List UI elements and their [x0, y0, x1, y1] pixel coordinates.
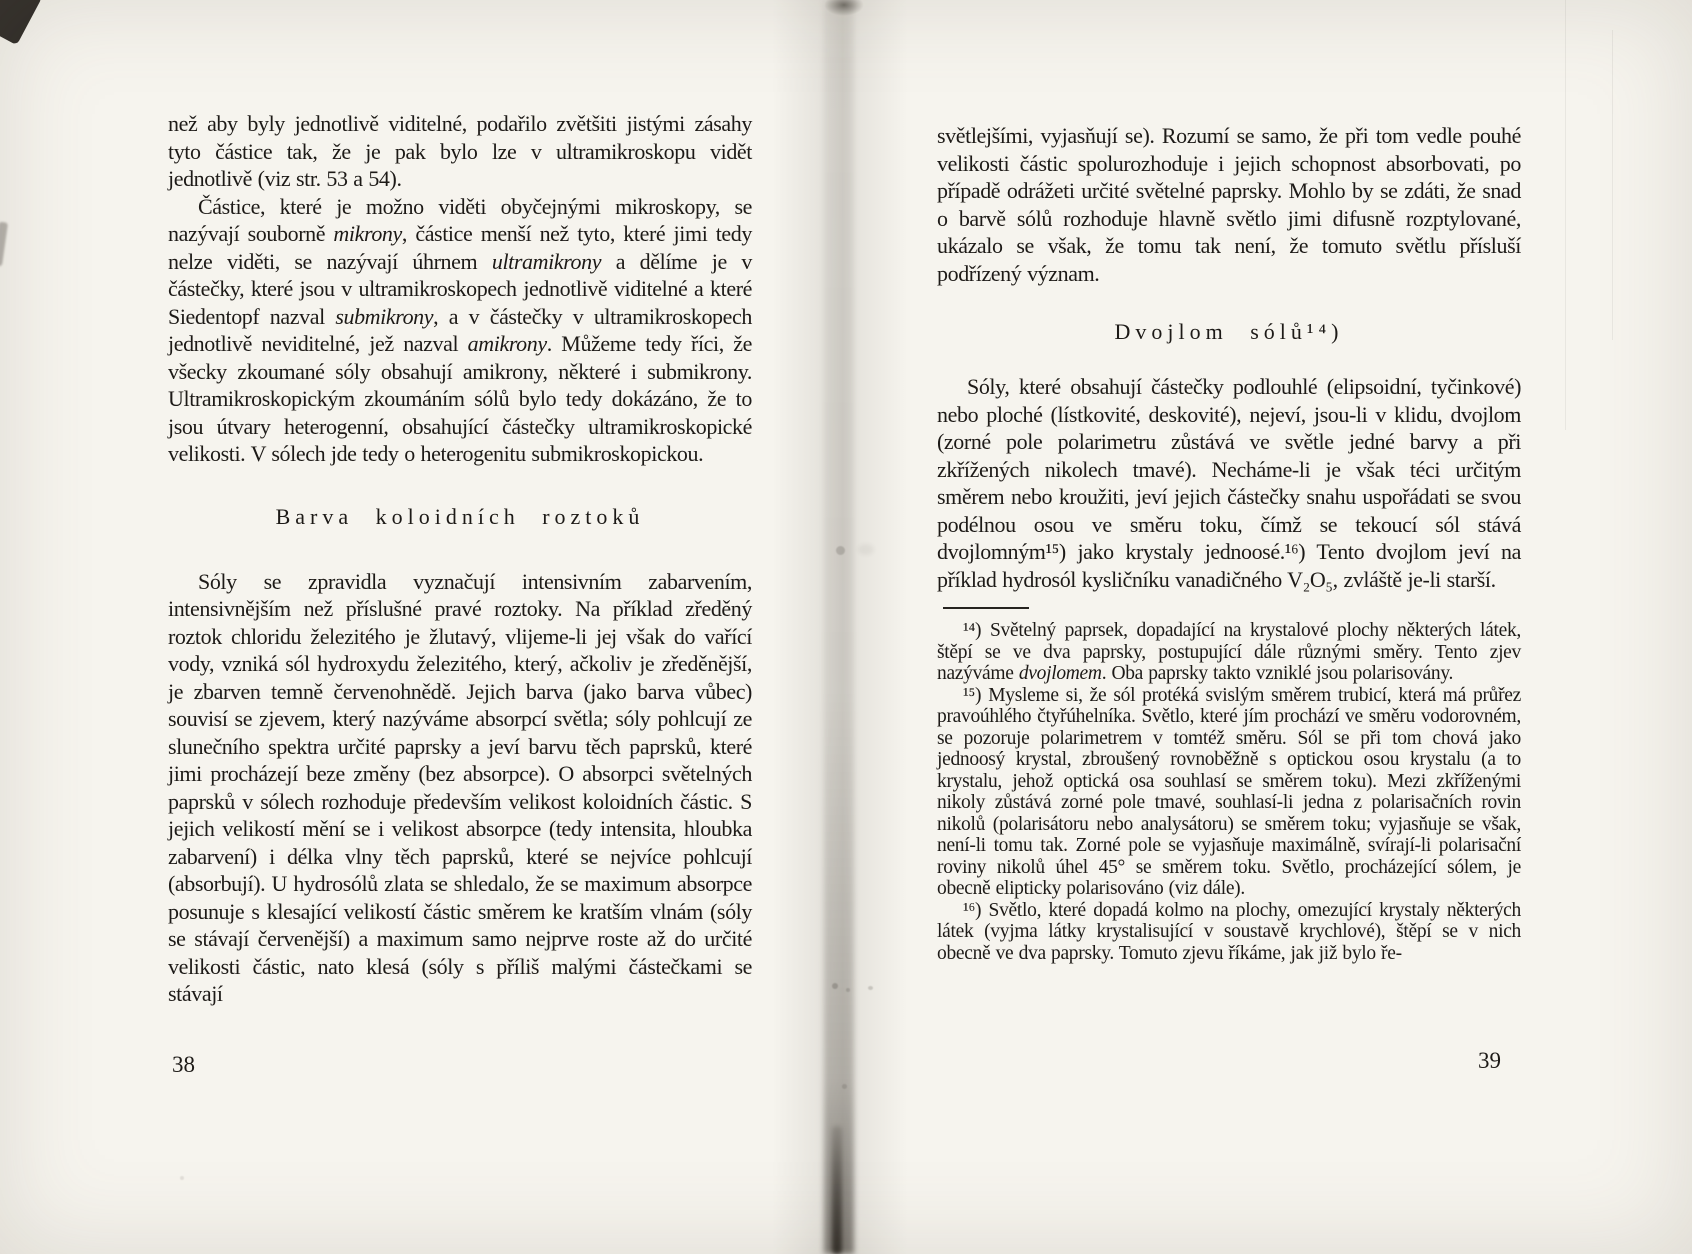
left-section-heading: Barva koloidních roztoků — [168, 504, 752, 530]
scan-mark-left-edge — [0, 222, 8, 267]
left-continuation-paragraph: než aby byly jednotlivě viditelné, podař… — [168, 110, 752, 193]
scan-speck — [180, 1176, 184, 1180]
scan-scratch — [1565, 0, 1566, 430]
scan-speck — [832, 983, 838, 989]
gutter-shadow-core — [824, 0, 854, 1254]
right-page-number: 39 — [1478, 1048, 1501, 1074]
left-color-paragraph: Sóly se zpravidla vyznačují intensivním … — [168, 568, 752, 1008]
scan-speck — [836, 546, 845, 555]
footnote-16: ¹⁶) Světlo, které dopadá kolmo na plochy… — [937, 900, 1521, 965]
footnote-15: ¹⁵) Mysleme si, že sól protéká svislým s… — [937, 685, 1521, 900]
scan-speck — [858, 544, 874, 555]
left-page: než aby byly jednotlivě viditelné, podař… — [168, 110, 752, 1008]
scan-speck — [846, 988, 850, 992]
footnote-14: ¹⁴) Světelný paprsek, dopadající na krys… — [937, 620, 1521, 685]
book-spread: než aby byly jednotlivě viditelné, podař… — [0, 0, 1692, 1254]
right-continuation-paragraph: světlejšími, vyjasňují se). Rozumí se sa… — [937, 122, 1521, 287]
footnote-separator — [943, 607, 1029, 609]
scan-speck — [842, 1084, 847, 1089]
left-particles-paragraph: Částice, které je možno viděti obyčejným… — [168, 193, 752, 468]
right-section-heading: Dvojlom sólů¹⁴) — [937, 319, 1521, 345]
scan-mark-gutter-top — [824, 0, 864, 16]
scan-scratch — [1612, 30, 1613, 340]
left-page-number: 38 — [172, 1052, 195, 1078]
scan-mark-top-left-corner — [0, 0, 42, 45]
right-birefringence-paragraph: Sóly, které obsahují částečky podlouhlé … — [937, 373, 1521, 593]
scan-speck — [868, 986, 873, 990]
scan-mark-gutter-bottom — [832, 1126, 842, 1254]
right-page: světlejšími, vyjasňují se). Rozumí se sa… — [937, 122, 1521, 964]
